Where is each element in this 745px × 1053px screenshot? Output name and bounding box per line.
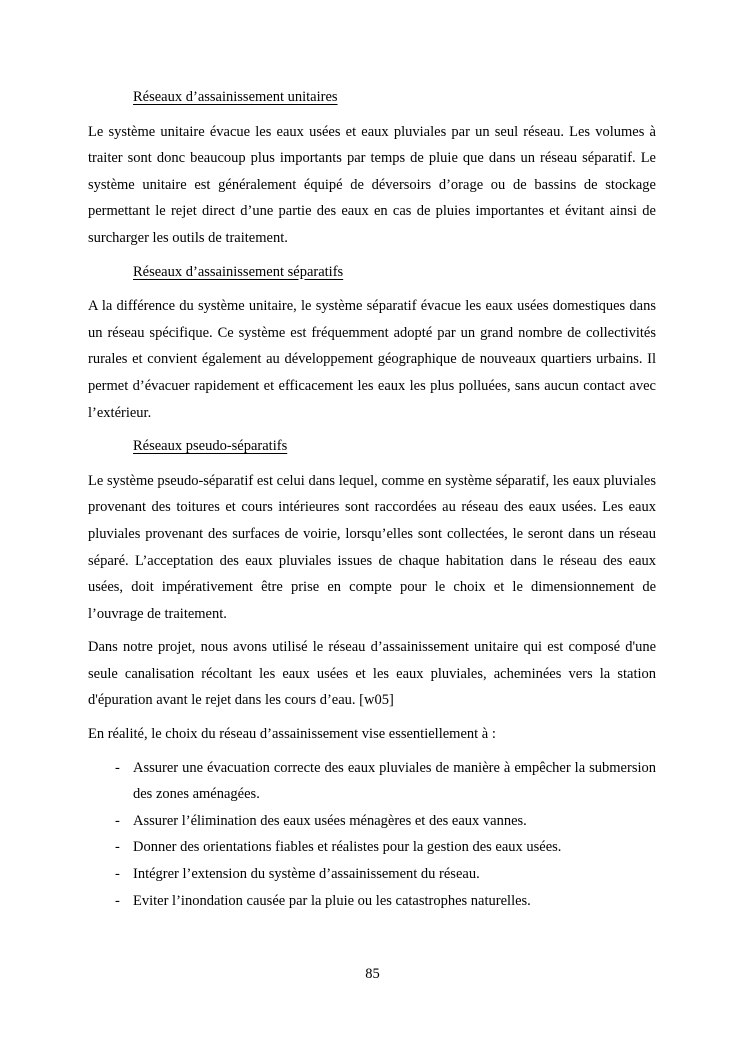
- document-page: Réseaux d’assainissement unitaires Le sy…: [0, 0, 745, 1053]
- list-item-text: Donner des orientations fiables et réali…: [133, 839, 561, 855]
- section-heading-separatifs: Réseaux d’assainissement séparatifs: [88, 259, 656, 286]
- list-item: - Donner des orientations fiables et réa…: [88, 834, 656, 861]
- list-item: - Assurer l’élimination des eaux usées m…: [88, 808, 656, 835]
- dash-marker: -: [115, 808, 120, 835]
- list-item-text: Assurer une évacuation correcte des eaux…: [133, 760, 656, 803]
- section-heading-separatifs-text: Réseaux d’assainissement séparatifs: [133, 264, 343, 280]
- paragraph-pseudo-separatifs: Le système pseudo-séparatif est celui da…: [88, 468, 656, 628]
- section-heading-pseudo-separatifs: Réseaux pseudo-séparatifs: [88, 433, 656, 460]
- paragraph-unitaires: Le système unitaire évacue les eaux usée…: [88, 119, 656, 252]
- objectives-list: - Assurer une évacuation correcte des ea…: [88, 755, 656, 915]
- dash-marker: -: [115, 888, 120, 915]
- paragraph-project: Dans notre projet, nous avons utilisé le…: [88, 634, 656, 714]
- list-item-text: Eviter l’inondation causée par la pluie …: [133, 893, 531, 909]
- list-item-text: Intégrer l’extension du système d’assain…: [133, 866, 480, 882]
- paragraph-choice-intro: En réalité, le choix du réseau d’assaini…: [88, 721, 656, 748]
- section-heading-unitaires: Réseaux d’assainissement unitaires: [88, 84, 656, 111]
- list-item-text: Assurer l’élimination des eaux usées mén…: [133, 813, 527, 829]
- dash-marker: -: [115, 861, 120, 888]
- list-item: - Eviter l’inondation causée par la plui…: [88, 888, 656, 915]
- page-number: 85: [0, 961, 745, 988]
- paragraph-separatifs: A la différence du système unitaire, le …: [88, 293, 656, 426]
- list-item: - Assurer une évacuation correcte des ea…: [88, 755, 656, 808]
- dash-marker: -: [115, 755, 120, 782]
- section-heading-unitaires-text: Réseaux d’assainissement unitaires: [133, 89, 338, 105]
- section-heading-pseudo-separatifs-text: Réseaux pseudo-séparatifs: [133, 438, 287, 454]
- list-item: - Intégrer l’extension du système d’assa…: [88, 861, 656, 888]
- dash-marker: -: [115, 834, 120, 861]
